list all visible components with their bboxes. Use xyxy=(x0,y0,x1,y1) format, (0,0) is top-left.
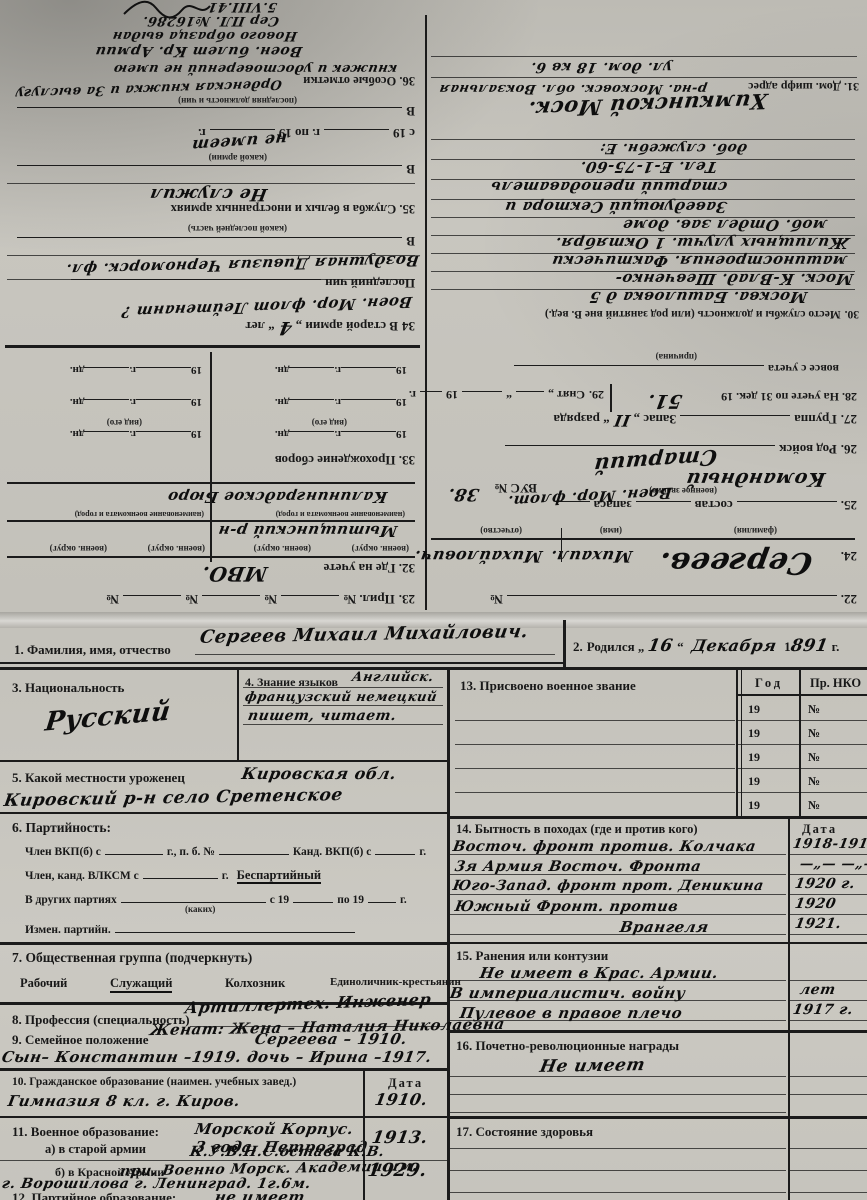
field-7-label: Общественная группа (подчеркнуть) xyxy=(26,950,253,965)
field-33-number: 33. xyxy=(399,453,415,468)
profession-handwriting: Артиллертех. Инженер xyxy=(184,990,433,1018)
sbory-g: г. xyxy=(129,364,136,376)
v-label: В xyxy=(406,162,415,177)
party-education-handwriting: не имеет xyxy=(213,1188,306,1200)
vovse-label: вовсе с учета xyxy=(768,362,839,376)
sbory-row: 19г.дн. xyxy=(275,396,407,412)
field-23-blank xyxy=(281,595,339,608)
field-7-number: 7. xyxy=(12,950,22,965)
sbory-blank xyxy=(136,367,191,380)
field-23-no4: № xyxy=(106,592,119,607)
sbory-row: 19г.дн. xyxy=(70,428,202,444)
name-caption: (имя) xyxy=(600,526,622,536)
category-handwriting: Командный xyxy=(684,468,827,490)
field-28-label: На учете по 31 дек. 19 xyxy=(721,390,839,404)
sbory-year: 19 xyxy=(191,396,202,408)
ruled-line xyxy=(450,934,786,935)
field-29-number: 29. xyxy=(589,388,604,402)
nationality-handwriting: Русский xyxy=(43,696,172,737)
field-31-label: Дом. шифр адрес xyxy=(748,80,841,94)
field-26-number: 26. xyxy=(841,442,857,457)
campaign-row-date: —„— —„— xyxy=(799,856,867,872)
family-line3: Сын– Константин –1919. дочь – Ирина –191… xyxy=(0,1048,433,1066)
sbory-row: 19г.дн. xyxy=(275,364,407,380)
field-25-blank1 xyxy=(737,501,837,514)
ruled-line xyxy=(450,1076,786,1077)
special-notes-date: 5.VIII.41 xyxy=(207,0,279,14)
campaign-row-date: 1920 г. xyxy=(794,876,857,892)
sbory-blank xyxy=(136,431,191,444)
field-9-label: Семейное положение xyxy=(25,1032,149,1047)
field-17-label: Состояние здоровья xyxy=(476,1124,594,1139)
field-29-blank1 xyxy=(516,391,544,404)
field-5-number: 5. xyxy=(12,770,22,785)
field-14-label-wrap: 14. Бытность в походах (где и против ког… xyxy=(456,822,697,837)
sbory-dn: дн. xyxy=(70,428,85,440)
vovse-blank xyxy=(514,365,764,378)
ruled-line xyxy=(450,1020,786,1021)
ruled-line xyxy=(431,179,855,180)
field-33-label: Прохождение сборов xyxy=(275,453,396,468)
ruled-line xyxy=(7,255,415,256)
rank-row-no: № xyxy=(808,774,820,789)
ruled-line xyxy=(431,56,857,57)
rank-table-divider-1 xyxy=(736,667,738,818)
blank xyxy=(105,842,163,855)
ruled-line xyxy=(431,139,855,140)
rank-table-divider-2 xyxy=(799,667,801,818)
ruled-line xyxy=(790,854,867,855)
ruled-line xyxy=(790,914,867,915)
patronymic-handwriting: Михайлович. xyxy=(412,547,543,566)
field-2-box-edge xyxy=(563,620,566,668)
sbory-dn: дн. xyxy=(70,364,85,376)
campaign-row-text: 3я Армия Восточ. Фронта xyxy=(454,858,703,875)
civil-education-handwriting: Гимназия 8 кл. г. Киров. xyxy=(6,1092,241,1110)
field-28-number: 28. xyxy=(842,390,857,404)
ruled-line xyxy=(790,934,867,935)
rank-row-year: 19 xyxy=(748,774,760,789)
last-unit-caption: (какой последней часть) xyxy=(188,224,287,234)
field-29-blank2 xyxy=(462,391,502,404)
field-vovse: вовсе с учета xyxy=(514,360,839,378)
ruled-line xyxy=(450,1094,786,1095)
v-label: В xyxy=(406,104,415,119)
field-32-label: Где на учете xyxy=(324,561,396,576)
ruled-line xyxy=(450,980,786,981)
section-rule xyxy=(447,816,867,819)
field-15-label: Ранения или контузии xyxy=(476,948,609,963)
sbory-g: г. xyxy=(129,428,136,440)
field-27-zapas: Запас „ xyxy=(634,412,677,427)
birth-day-handwriting: 16 xyxy=(647,636,675,656)
workplace-line5: моб. Отдел зав. доме xyxy=(621,216,829,234)
okrug-caption: (военн. округ) xyxy=(352,544,409,554)
field-16-number: 16. xyxy=(456,1038,472,1053)
ruled-line xyxy=(790,1094,867,1095)
ruled-line xyxy=(431,271,855,272)
section-rule xyxy=(447,1030,867,1033)
field-14-label: Бытность в походах (где и против кого) xyxy=(475,822,698,836)
to-year-label: по 19 xyxy=(337,894,364,906)
workplace-line1: Москва. Башиловка д 5 xyxy=(588,288,809,306)
campaign-row-date: 1920 xyxy=(794,896,838,912)
razryad-handwriting: II xyxy=(612,411,631,430)
party-change-label: Измен. партийн. xyxy=(25,924,111,936)
option-peasant: Единоличник-крестьянин xyxy=(330,976,461,988)
signature-icon xyxy=(122,0,212,20)
workplace-line2: Моск. К-Влад. Шевченко- xyxy=(613,270,854,288)
workplace-line6: Заведующий Сектора и xyxy=(503,198,728,216)
campaign-date-header: Дата xyxy=(802,822,837,837)
last-position-caption: (последняя должность и чин) xyxy=(178,96,297,106)
party-line2: Член, канд. ВЛКСМ с г. Беспартийный xyxy=(25,866,321,884)
field-2-g: г. xyxy=(832,639,840,654)
ruled-line xyxy=(455,720,735,721)
field-29-year: 19 xyxy=(446,388,458,402)
field-9-label-wrap: 9. Семейное положение xyxy=(12,1032,149,1048)
address-line1: р-на. Московск. обл. Вокзальная xyxy=(438,81,708,96)
sbory-row: 19г.дн. xyxy=(275,428,407,444)
field-13-number: 13. xyxy=(460,678,476,693)
ruled-line xyxy=(790,874,867,875)
languages-line2: французский немецкий xyxy=(244,690,439,705)
section-rule xyxy=(447,1116,867,1119)
field-30: 30. Место службы и должность (или род за… xyxy=(545,306,859,324)
ruled-line xyxy=(450,854,786,855)
rank-row-year: 19 xyxy=(748,726,760,741)
field-10-label-wrap: 10. Гражданское образование (наимен. уче… xyxy=(12,1076,296,1088)
option-worker: Рабочий xyxy=(20,976,67,991)
blank xyxy=(121,890,266,903)
g-label: г. xyxy=(400,894,407,906)
ruled-line xyxy=(455,792,735,793)
ruled-line xyxy=(431,217,855,218)
field-27: 27. Группа Запас „ II “ разряда xyxy=(554,410,857,430)
ruled-line xyxy=(790,1076,867,1077)
field-9-number: 9. xyxy=(12,1032,22,1047)
campaign-row-text: Восточ. фронт против. Колчака xyxy=(452,838,758,855)
workplace-line9: доб. служебн. Е: xyxy=(598,140,748,156)
patronymic-caption: (отчество) xyxy=(480,526,522,536)
rank-row-year: 19 xyxy=(748,750,760,765)
field-34-label: В старой армии „ xyxy=(296,319,398,334)
field-29: 29. Снят „ “ 19 г. xyxy=(409,386,604,404)
field-6-number: 6. xyxy=(12,820,22,835)
party-line3: В других партиях с 19 по 19 г. xyxy=(25,890,407,908)
option-kolkhoznik: Колхозник xyxy=(225,976,285,991)
field-11-label-wrap: 11. Военное образование: xyxy=(12,1124,159,1140)
sbory-dn: дн. xyxy=(275,428,290,440)
field-29-blank3 xyxy=(420,391,442,404)
vovse-caption: (причина) xyxy=(656,352,697,362)
field-22: 22. № xyxy=(490,590,857,608)
sbory-blank xyxy=(341,431,396,444)
field-10-number: 10. xyxy=(12,1076,26,1088)
field-15-number: 15. xyxy=(456,948,472,963)
section-rule xyxy=(447,942,867,944)
party-line4: Измен. партийн. xyxy=(25,920,355,938)
old-army-label: а) в старой армии xyxy=(45,1142,146,1157)
full-name-handwriting: Сергеев Михаил Михайлович. xyxy=(198,621,529,648)
field-27-label: Группа xyxy=(794,412,837,427)
date-column-divider xyxy=(363,1068,365,1116)
field-13-label-wrap: 13. Присвоено военное звание xyxy=(460,678,636,694)
field-13-label: Присвоено военное звание xyxy=(480,678,636,693)
field-36-label: Особые отметки xyxy=(303,74,396,88)
sbory-caption: (вид его) xyxy=(107,418,142,428)
sbory-dn: дн. xyxy=(275,396,290,408)
civil-education-date: 1910. xyxy=(373,1090,429,1109)
field-3-label-wrap: 3. Национальность xyxy=(12,680,124,696)
from-year-label: с 19 xyxy=(270,894,289,906)
field-11-number: 11. xyxy=(12,1124,28,1139)
ruled-line xyxy=(736,720,867,721)
blank xyxy=(143,866,218,879)
sbory-g: г. xyxy=(129,396,136,408)
field-28: 28. На учете по 31 дек. 19 xyxy=(721,389,857,404)
languages-line3: пишет, читает. xyxy=(247,708,398,724)
army-caption: (какой армии) xyxy=(209,153,267,163)
family-line2: Сергеева – 1910. xyxy=(253,1030,408,1048)
field-23-blank xyxy=(123,595,181,608)
field-35-number: 35. xyxy=(399,202,415,216)
campaign-row-text: Южный Фронт. против xyxy=(454,898,680,915)
vlksm-label: Член, канд. ВЛКСМ с xyxy=(25,870,139,882)
military-edu-red-line1: К.У.В.Н.С.остава К.В. xyxy=(189,1144,386,1160)
sbory-blank xyxy=(136,399,191,412)
option-employee-underlined: Служащий xyxy=(110,976,172,993)
ruled-line xyxy=(790,1192,867,1193)
workplace-line7: старший преподаватель xyxy=(489,178,729,196)
field-33-label-wrap: 33. Прохождение сборов xyxy=(275,452,415,468)
ruled-line xyxy=(790,1020,867,1021)
white-armies-handwriting: Не служил xyxy=(148,184,269,204)
field-14-number: 14. xyxy=(456,822,472,836)
sbory-caption: (вид его) xyxy=(312,418,347,428)
sbory-g: г. xyxy=(334,428,341,440)
okrug-caption: (военн. округ) xyxy=(50,544,107,554)
field-2-label: Родился „ xyxy=(587,639,645,654)
blank xyxy=(293,890,333,903)
field-34-suffix: “ лет xyxy=(245,319,274,334)
awards-handwriting: Не имеет xyxy=(538,1055,647,1077)
sbory-dn: дн. xyxy=(70,396,85,408)
field-23: 23. Прил. № № № № xyxy=(106,590,415,608)
field-17-label-wrap: 17. Состояние здоровья xyxy=(456,1124,593,1140)
field-16-label: Почетно-революционные награды xyxy=(476,1038,680,1053)
rank-row-year: 19 xyxy=(748,702,760,717)
rank-table-header-rule xyxy=(736,694,867,696)
field-12-label-wrap: 12. Партийное образование: xyxy=(12,1190,176,1200)
sbory-g: г. xyxy=(334,396,341,408)
field-1-number: 1. xyxy=(14,642,24,657)
ruled-line xyxy=(243,724,443,725)
rank-row-year: 19 xyxy=(748,798,760,813)
field-28-29-divider xyxy=(610,384,612,412)
section-rule xyxy=(0,1068,447,1071)
ruled-line xyxy=(431,235,855,236)
sbory-blank xyxy=(84,399,129,412)
workplace-line8: Тел. Е-1-75-60. xyxy=(578,158,718,176)
sbory-blank xyxy=(341,399,396,412)
field-23-number: 23. xyxy=(399,592,415,607)
birthplace-line2: Кировский р-н село Сретенское xyxy=(2,785,344,811)
field-1-label: Фамилия, имя, отчество xyxy=(27,642,171,657)
field-27-number: 27. xyxy=(841,412,857,427)
field-31-label-wrap: 31. Дом. шифр адрес xyxy=(748,79,859,94)
rank-row-no: № xyxy=(808,798,820,813)
field-23-label: Прил. № xyxy=(343,592,395,607)
ruled-line xyxy=(243,705,443,706)
field-34: 34 В старой армии „ 4 “ лет xyxy=(245,317,415,338)
rank-row-no: № xyxy=(808,702,820,717)
ruled-line xyxy=(450,1112,786,1113)
okrug-caption: (военн. округ) xyxy=(148,544,205,554)
card-back-rotated: 22. № 24. Сергеев. Михаил. Михайлович. (… xyxy=(0,0,867,620)
ruled-line xyxy=(736,792,867,793)
field-6-label: Партийность: xyxy=(26,820,112,835)
vus-number-handwriting: 38. xyxy=(446,484,481,504)
awards-date-divider xyxy=(788,1032,790,1116)
blank xyxy=(368,890,396,903)
party-line1: Член ВКП(б) с г., п. б. № Канд. ВКП(б) с… xyxy=(25,842,426,860)
ruled-line xyxy=(431,253,855,254)
voenkomat-caption: (наименование военкомата и город) xyxy=(75,510,204,519)
field-32-label-wrap: 32. Где на учете xyxy=(324,560,415,576)
sbory-year: 19 xyxy=(191,364,202,376)
ruled-line xyxy=(455,768,735,769)
sbory-year: 19 xyxy=(396,364,407,376)
g-label: г. xyxy=(222,870,229,882)
voenkomat-caption: (наименование военкомата и город) xyxy=(276,510,405,519)
ruled-line xyxy=(195,654,555,655)
field-27-suffix: “ разряда xyxy=(554,412,610,427)
ruled-line xyxy=(736,768,867,769)
field-34-number: 34 xyxy=(402,319,415,334)
field-29-quote: “ xyxy=(506,388,512,402)
field-23-no3: № xyxy=(185,592,198,607)
ruled-line xyxy=(431,289,855,290)
birthplace-line1: Кировская обл. xyxy=(240,764,398,783)
date-blank xyxy=(324,129,389,142)
field-29-g: г. xyxy=(409,388,416,402)
ruled-line xyxy=(450,1148,786,1149)
field-12-number: 12. xyxy=(12,1190,28,1200)
other-parties-label: В других партиях xyxy=(25,894,117,906)
registration-card-scan: 22. № 24. Сергеев. Михаил. Михайлович. (… xyxy=(0,0,867,1200)
field-17-number: 17. xyxy=(456,1124,472,1139)
name-mini-divider xyxy=(561,528,562,562)
s19-label: с 19 xyxy=(393,126,415,141)
blank xyxy=(115,920,355,933)
blank xyxy=(219,842,289,855)
sbory-row: 19г.дн. xyxy=(70,396,202,412)
okrug-caption: (военн. округ) xyxy=(254,544,311,554)
field-27-blank xyxy=(680,415,790,428)
workplace-line3: машиностроения. Фактически xyxy=(550,252,848,270)
ruled-line xyxy=(450,914,786,915)
section-rule xyxy=(0,942,447,945)
field-11-label: Военное образование: xyxy=(31,1124,159,1139)
rank-row-no: № xyxy=(808,726,820,741)
field-15-label-wrap: 15. Ранения или контузии xyxy=(456,948,608,964)
ruled-line xyxy=(7,183,415,184)
field-34-v: В xyxy=(17,232,415,250)
languages-line1: Английск. xyxy=(351,670,435,685)
field-5-label-wrap: 5. Какой местности уроженец xyxy=(12,770,185,786)
ruled-line xyxy=(431,199,855,200)
field-22-number: 22. xyxy=(841,592,857,607)
rank-table-year-header: Год xyxy=(755,676,783,691)
surname-handwriting: Сергеев. xyxy=(656,545,815,580)
voenkomat-handwriting-1: Мытищинский р-н xyxy=(216,522,398,540)
field-23-blank xyxy=(202,595,260,608)
field-1-label-wrap: 1. Фамилия, имя, отчество xyxy=(14,642,171,658)
surname-caption: (фамилия) xyxy=(734,526,777,536)
workplace-line4: Жилищных улучш. 1 Октября. xyxy=(553,234,850,252)
field-6-label-wrap: 6. Партийность: xyxy=(12,820,111,836)
field-12-label: Партийное образование: xyxy=(32,1190,177,1200)
vkpb-candidate-label: Канд. ВКП(б) с xyxy=(293,846,371,858)
v-blank xyxy=(17,107,402,120)
name-line xyxy=(431,538,855,540)
ruled-line xyxy=(450,1170,786,1171)
field-3-number: 3. xyxy=(12,680,22,695)
field-2-number: 2. xyxy=(573,639,583,654)
date-column-header: Дата xyxy=(388,1076,423,1091)
section-rule xyxy=(0,812,447,814)
v-blank xyxy=(17,165,402,178)
section-rule xyxy=(0,760,447,762)
campaign-row-date: 1918-1919. xyxy=(792,836,867,852)
chin-blank xyxy=(71,279,321,292)
sbory-year: 19 xyxy=(191,428,202,440)
special-notes-line4: Нового образца выдан xyxy=(111,28,298,43)
field-36-number: 36. xyxy=(399,74,415,88)
wound-row-date: лет xyxy=(799,982,837,998)
sbory-blank xyxy=(289,367,334,380)
section-rule xyxy=(0,1116,447,1118)
field-5-label: Какой местности уроженец xyxy=(25,770,185,785)
field-16-label-wrap: 16. Почетно-революционные награды xyxy=(456,1038,679,1054)
sbory-blank xyxy=(341,367,396,380)
ruled-line xyxy=(7,279,415,280)
wound-row-date: 1917 г. xyxy=(792,1002,855,1018)
sbory-dn: дн. xyxy=(275,364,290,376)
sbory-blank xyxy=(84,431,129,444)
sbory-blank xyxy=(289,399,334,412)
field-3-4-divider xyxy=(237,667,239,760)
ruled-line xyxy=(450,1192,786,1193)
ruled-line xyxy=(790,1170,867,1171)
which-parties-caption: (каких) xyxy=(185,904,215,914)
old-army-years-handwriting: 4 xyxy=(277,317,294,338)
ruled-line xyxy=(450,894,786,895)
ruled-line xyxy=(450,874,786,875)
field-32-number: 32. xyxy=(399,561,415,576)
ruled-line xyxy=(243,687,443,688)
field-26-label: Род войск xyxy=(779,442,837,457)
campaign-row-date: 1921. xyxy=(794,916,843,932)
sbory-year: 19 xyxy=(396,396,407,408)
special-notes-line2: книжек и удостоверений не имею xyxy=(112,61,398,76)
rank-table-divider-1b xyxy=(741,667,742,818)
ruled-line xyxy=(790,1148,867,1149)
health-date-divider xyxy=(788,1116,790,1200)
vkpb-member-label: Член ВКП(б) с xyxy=(25,846,101,858)
field-24-number: 24. xyxy=(841,548,857,564)
